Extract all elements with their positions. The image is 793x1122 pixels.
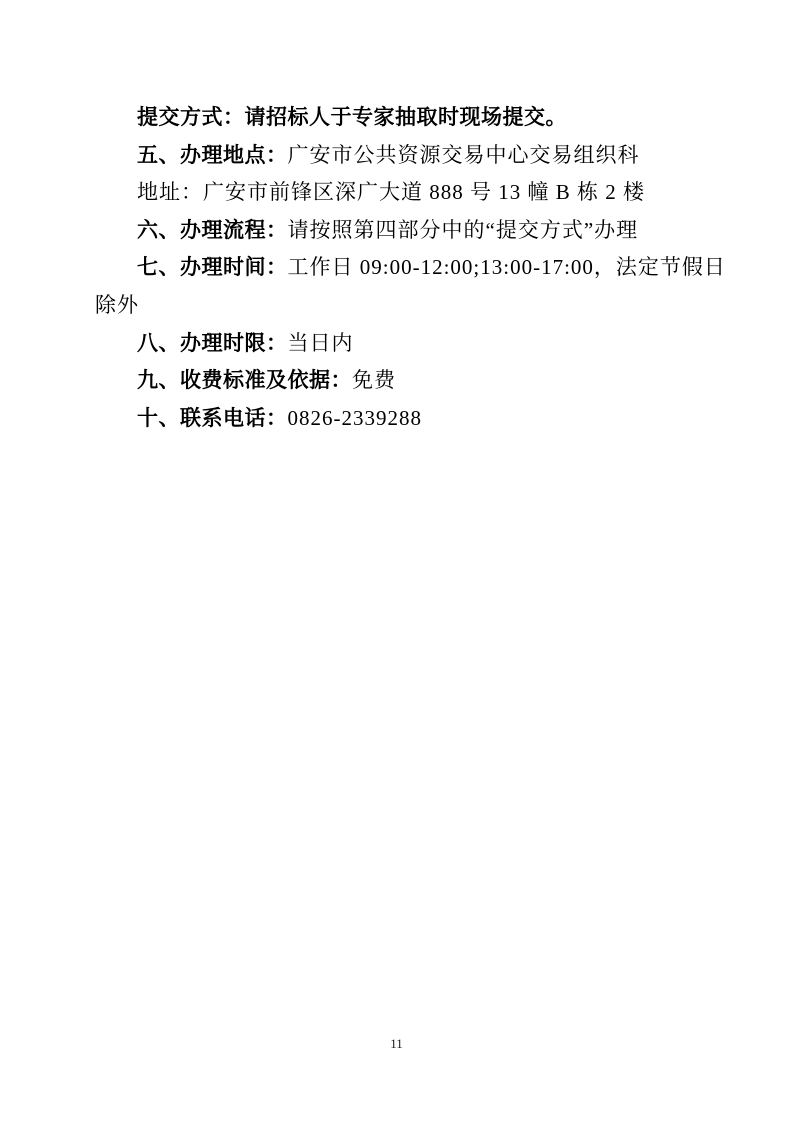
section-value: 广安市公共资源交易中心交易组织科 — [288, 143, 640, 167]
paragraph-section-6-process: 六、办理流程：请按照第四部分中的“提交方式”办理 — [95, 212, 697, 250]
paragraph-section-10-phone: 十、联系电话：0826-2339288 — [95, 400, 697, 438]
section-value: 当日内 — [288, 331, 354, 355]
section-value: 0826-2339288 — [288, 406, 423, 430]
document-body: 提交方式：请招标人于专家抽取时现场提交。 五、办理地点：广安市公共资源交易中心交… — [95, 99, 697, 437]
section-label: 六、办理流程： — [137, 219, 288, 242]
section-label: 五、办理地点： — [137, 144, 288, 167]
paragraph-section-9-fees: 九、收费标准及依据：免费 — [95, 362, 697, 400]
section-label: 九、收费标准及依据： — [137, 369, 352, 392]
paragraph-hours-continuation: 除外 — [95, 287, 697, 325]
paragraph-section-5-location: 五、办理地点：广安市公共资源交易中心交易组织科 — [95, 137, 697, 175]
page-number: 11 — [0, 1036, 793, 1052]
document-page: 提交方式：请招标人于专家抽取时现场提交。 五、办理地点：广安市公共资源交易中心交… — [0, 0, 793, 1122]
paragraph-text: 地址：广安市前锋区深广大道 888 号 13 幢 B 栋 2 楼 — [137, 180, 645, 204]
section-value: 请按照第四部分中的“提交方式”办理 — [288, 218, 639, 242]
paragraph-text: 除外 — [95, 293, 139, 317]
paragraph-section-8-time-limit: 八、办理时限：当日内 — [95, 325, 697, 363]
section-label: 八、办理时限： — [137, 332, 288, 355]
section-value: 工作日 09:00-12:00;13:00-17:00，法定节假日 — [288, 255, 726, 279]
section-value: 免费 — [352, 368, 396, 392]
section-label: 七、办理时间： — [137, 256, 288, 279]
paragraph-section-7-hours: 七、办理时间：工作日 09:00-12:00;13:00-17:00，法定节假日 — [95, 249, 697, 287]
paragraph-address: 地址：广安市前锋区深广大道 888 号 13 幢 B 栋 2 楼 — [95, 174, 697, 212]
section-label: 十、联系电话： — [137, 407, 288, 430]
paragraph-text: 提交方式：请招标人于专家抽取时现场提交。 — [137, 106, 567, 129]
paragraph-submission-method: 提交方式：请招标人于专家抽取时现场提交。 — [95, 99, 697, 137]
